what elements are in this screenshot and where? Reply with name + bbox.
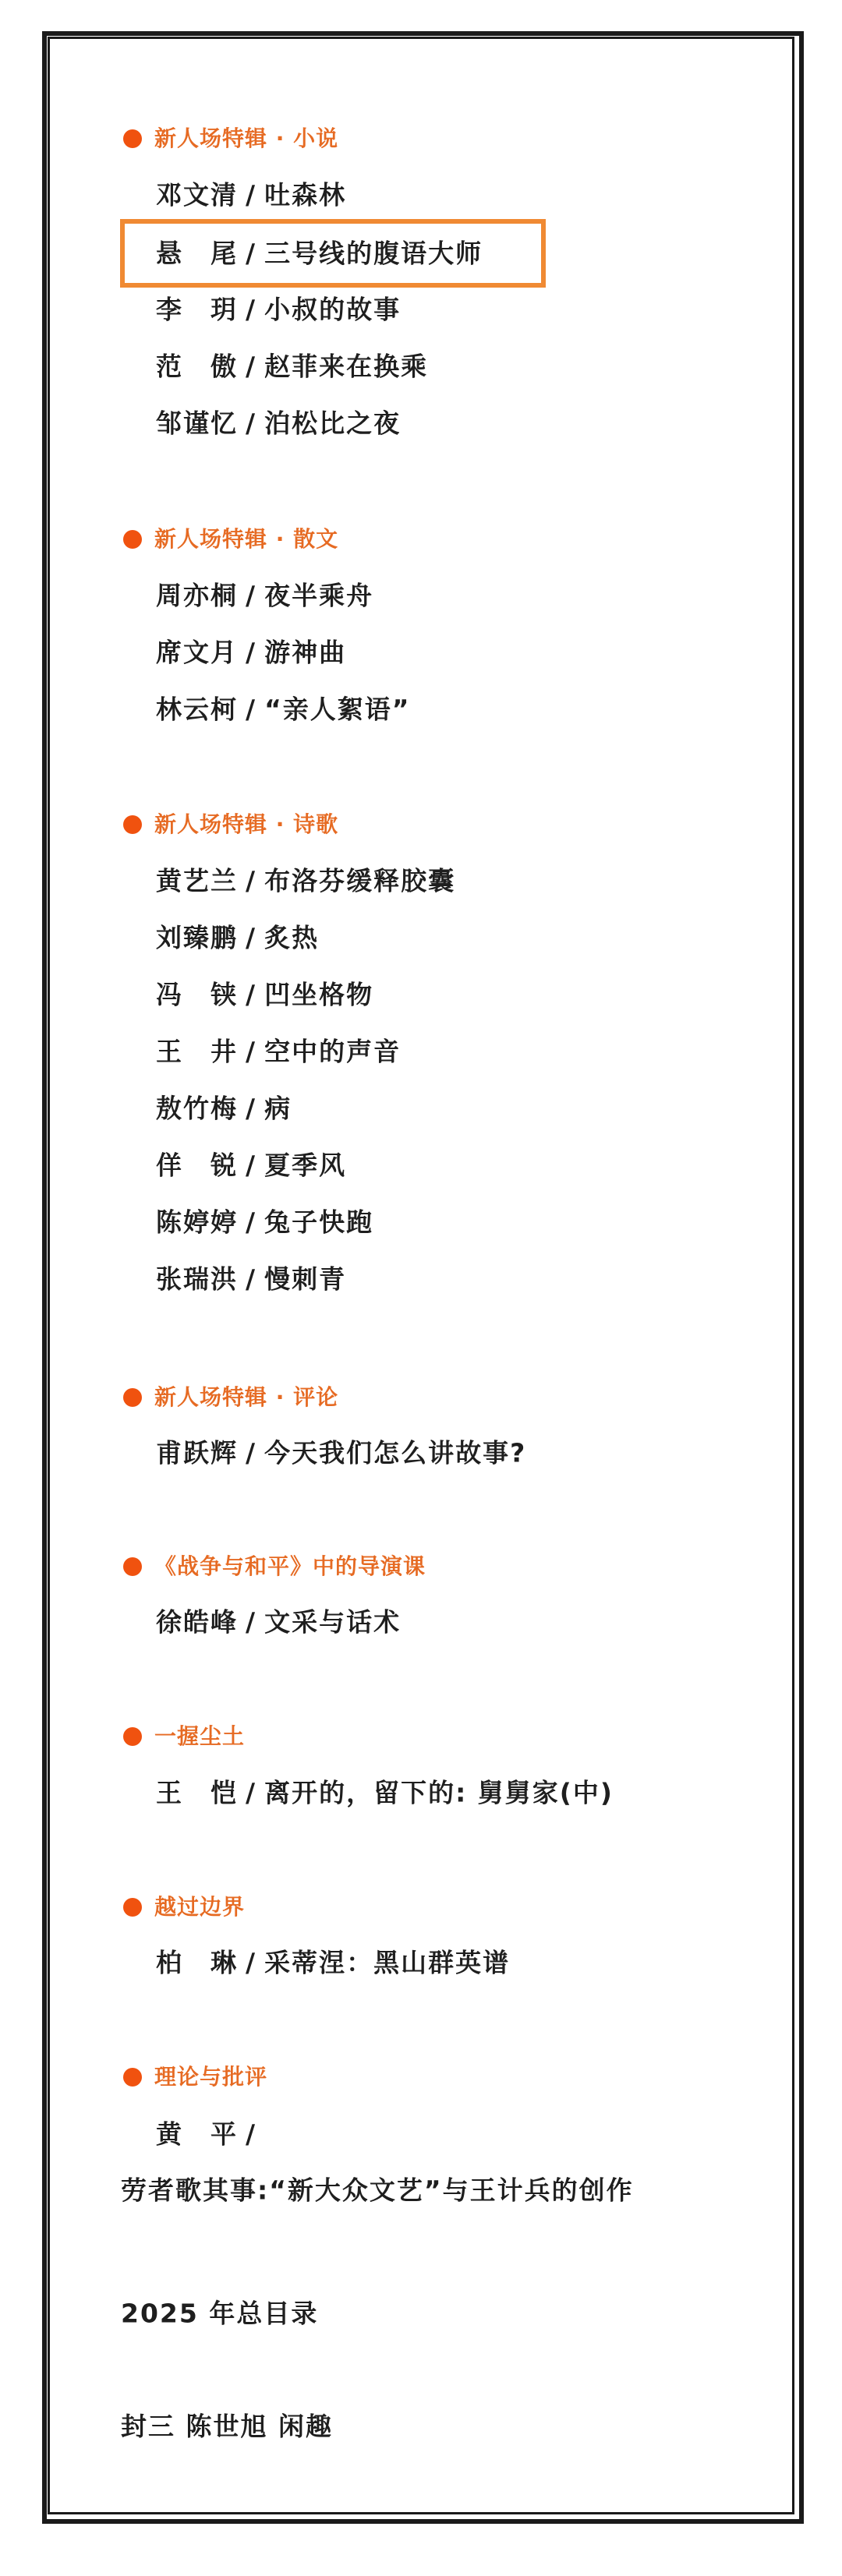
bullet-icon — [123, 1898, 142, 1917]
entry-author: 柏 琳 — [156, 1950, 238, 1976]
entry-separator: / — [238, 980, 264, 1010]
back-cover-entry[interactable]: 封三 陈世旭 闲趣 — [121, 2414, 333, 2440]
bullet-icon — [123, 1557, 142, 1576]
entry-author: 黄 平 — [156, 2122, 238, 2147]
section-heading: 新人场特辑 · 评论 — [154, 1387, 338, 1408]
section-heading: 新人场特辑 · 散文 — [154, 528, 338, 550]
entry-title: 小叔的故事 — [264, 295, 401, 325]
entry-author: 邹谨忆 — [156, 411, 238, 436]
entry-title: 夜半乘舟 — [264, 581, 373, 611]
entry-separator: / — [238, 180, 264, 210]
entry-title: 夏季风 — [264, 1150, 346, 1181]
entry-title: “亲人絮语” — [264, 694, 410, 725]
entry-separator: / — [238, 1607, 264, 1638]
entry-separator: / — [238, 866, 264, 896]
section-heading: 理论与批评 — [154, 2066, 267, 2088]
section-heading: 越过边界 — [154, 1896, 245, 1918]
entry-title: 三号线的腹语大师 — [264, 239, 483, 269]
entry-title: 病 — [264, 1094, 292, 1124]
entry-separator: / — [238, 239, 264, 269]
toc-entry[interactable]: 甫跃辉/今天我们怎么讲故事? — [156, 1440, 526, 1466]
entry-separator: / — [238, 1438, 264, 1468]
entry-author: 席文月 — [156, 640, 238, 666]
toc-entry[interactable]: 王 恺/离开的，留下的: 舅舅家(中) — [156, 1780, 614, 1806]
entry-separator: / — [238, 1150, 264, 1181]
entry-title: 凹坐格物 — [264, 980, 373, 1010]
toc-entry[interactable]: 李 玥/小叔的故事 — [156, 297, 401, 323]
entry-author: 冯 铗 — [156, 982, 238, 1008]
toc-entry[interactable]: 王 井/空中的声音 — [156, 1039, 401, 1065]
entry-author: 陈婷婷 — [156, 1210, 238, 1235]
entry-separator: / — [238, 1207, 264, 1238]
entry-author: 王 恺 — [156, 1780, 238, 1806]
entry-author: 佯 锐 — [156, 1153, 238, 1178]
toc-entry[interactable]: 徐皓峰/文采与话术 — [156, 1610, 401, 1635]
section-heading: 《战争与和平》中的导演课 — [154, 1556, 426, 1578]
entry-author: 徐皓峰 — [156, 1610, 238, 1635]
entry-separator: / — [238, 295, 264, 325]
entry-separator: / — [238, 1778, 264, 1808]
toc-entry[interactable]: 黄艺兰/布洛芬缓释胶囊 — [156, 868, 455, 894]
toc-entry[interactable]: 邓文清/吐森林 — [156, 182, 346, 208]
entry-title: 离开的，留下的: 舅舅家(中) — [264, 1778, 614, 1808]
entry-author: 林云柯 — [156, 697, 238, 723]
entry-author: 周亦桐 — [156, 583, 238, 609]
entry-title-continuation[interactable]: 劳者歌其事:“新大众文艺”与王计兵的创作 — [121, 2178, 634, 2203]
toc-entry[interactable]: 敖竹梅/病 — [156, 1096, 292, 1122]
entry-separator: / — [238, 1094, 264, 1124]
entry-separator: / — [238, 1037, 264, 1067]
bullet-icon — [123, 2068, 142, 2087]
entry-title: 今天我们怎么讲故事? — [264, 1438, 526, 1468]
entry-title: 兔子快跑 — [264, 1207, 373, 1238]
toc-entry[interactable]: 周亦桐/夜半乘舟 — [156, 583, 373, 609]
toc-entry[interactable]: 席文月/游神曲 — [156, 640, 346, 666]
toc-entry[interactable]: 张瑞洪/慢刺青 — [156, 1267, 346, 1292]
toc-entry[interactable]: 冯 铗/凹坐格物 — [156, 982, 373, 1008]
toc-entry[interactable]: 柏 琳/采蒂涅：黑山群英谱 — [156, 1950, 510, 1976]
toc-entry[interactable]: 林云柯/“亲人絮语” — [156, 697, 410, 723]
bullet-icon — [123, 1727, 142, 1746]
entry-separator: / — [238, 352, 264, 382]
bullet-icon — [123, 1388, 142, 1407]
entry-separator: / — [238, 923, 264, 953]
entry-separator: / — [238, 1264, 264, 1295]
toc-entry-highlighted[interactable]: 悬 尾/三号线的腹语大师 — [156, 241, 483, 267]
entry-title: 布洛芬缓释胶囊 — [264, 866, 455, 896]
entry-author: 范 傲 — [156, 354, 238, 380]
toc-entry[interactable]: 黄 平/ — [156, 2122, 264, 2147]
entry-author: 张瑞洪 — [156, 1267, 238, 1292]
entry-separator: / — [238, 1948, 264, 1978]
bullet-icon — [123, 815, 142, 834]
entry-separator: / — [238, 638, 264, 668]
entry-separator: / — [238, 2119, 264, 2150]
entry-title: 吐森林 — [264, 180, 346, 210]
entry-author: 黄艺兰 — [156, 868, 238, 894]
entry-title: 文采与话术 — [264, 1607, 401, 1638]
section-heading: 新人场特辑 · 小说 — [154, 128, 338, 150]
bullet-icon — [123, 129, 142, 148]
toc-entry[interactable]: 陈婷婷/兔子快跑 — [156, 1210, 373, 1235]
toc-entry[interactable]: 佯 锐/夏季风 — [156, 1153, 346, 1178]
entry-title: 采蒂涅：黑山群英谱 — [264, 1948, 510, 1978]
toc-entry[interactable]: 范 傲/赵菲来在换乘 — [156, 354, 428, 380]
entry-title: 慢刺青 — [264, 1264, 346, 1295]
entry-author: 甫跃辉 — [156, 1440, 238, 1466]
bullet-icon — [123, 530, 142, 549]
section-heading: 新人场特辑 · 诗歌 — [154, 814, 338, 836]
toc-entry[interactable]: 邹谨忆/泊松比之夜 — [156, 411, 401, 436]
entry-author: 邓文清 — [156, 182, 238, 208]
entry-title: 游神曲 — [264, 638, 346, 668]
entry-author: 王 井 — [156, 1039, 238, 1065]
entry-author: 敖竹梅 — [156, 1096, 238, 1122]
entry-title: 炙热 — [264, 923, 319, 953]
section-heading: 一握尘土 — [154, 1726, 245, 1747]
entry-separator: / — [238, 581, 264, 611]
toc-entry[interactable]: 刘臻鹏/炙热 — [156, 925, 319, 951]
entry-separator: / — [238, 408, 264, 439]
entry-title: 空中的声音 — [264, 1037, 401, 1067]
annual-index-link[interactable]: 2025 年总目录 — [121, 2301, 318, 2327]
entry-author: 刘臻鹏 — [156, 925, 238, 951]
entry-title: 赵菲来在换乘 — [264, 352, 428, 382]
entry-separator: / — [238, 694, 264, 725]
entry-author: 悬 尾 — [156, 241, 238, 267]
entry-title: 泊松比之夜 — [264, 408, 401, 439]
entry-author: 李 玥 — [156, 297, 238, 323]
